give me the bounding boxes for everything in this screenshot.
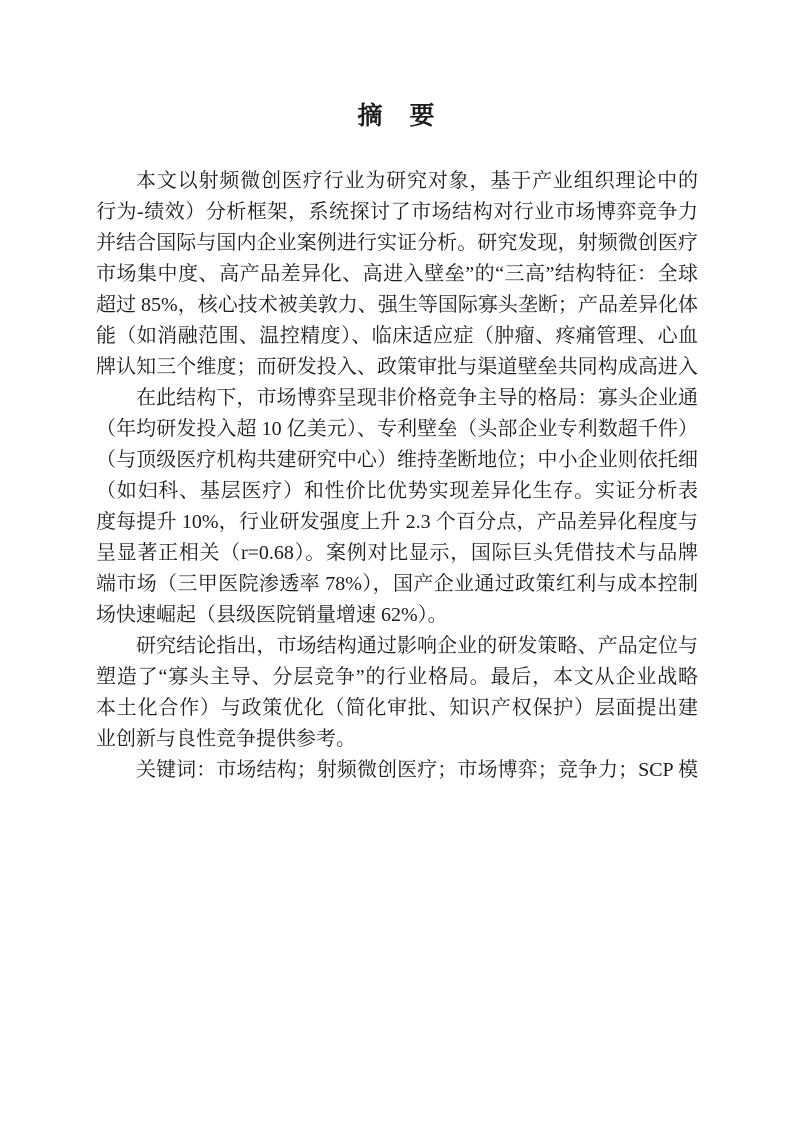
text-line: 超过 85%，核心技术被美敦力、强生等国际寡头垄断；产品差异化体现在技术性 [96,290,698,321]
text-line: 牌认知三个维度；而研发投入、政策审批与渠道壁垒共同构成高进入门槛。 [96,352,698,383]
text-line: 塑造了“寡头主导、分层竞争”的行业格局。最后，本文从企业战略（技术突破、 [96,662,698,693]
text-line: 研究结论指出，市场结构通过影响企业的研发策略、产品定位与并购行为， [96,631,698,662]
text-line: 在此结构下，市场博弈呈现非价格竞争主导的格局：寡头企业通过研发竞赛 [96,383,698,414]
text-line: 呈显著正相关（r=0.68）。案例对比显示，国际巨头凭借技术与品牌优势占据高 [96,538,698,569]
document-page: 摘 要 本文以射频微创医疗行业为研究对象，基于产业组织理论中的 SCP（结构-行… [0,0,793,1122]
text-line: 场快速崛起（县级医院销量增速 62%）。 [96,600,698,631]
text-line: 行为-绩效）分析框架，系统探讨了市场结构对行业市场博弈竞争力的影响机制， [96,197,698,228]
text-line: 端市场（三甲医院渗透率 78%），国产企业通过政策红利与成本控制在中低端市 [96,569,698,600]
text-line: （如妇科、基层医疗）和性价比优势实现差异化生存。实证分析表明，市场集中 [96,476,698,507]
paragraphs: 本文以射频微创医疗行业为研究对象，基于产业组织理论中的 SCP（结构-行为-绩效… [96,166,698,755]
page-title: 摘 要 [0,99,793,135]
text-line: 市场集中度、高产品差异化、高进入壁垒”的“三高”结构特征：全球市场 CR5 [96,259,698,290]
text-line: （与顶级医疗机构共建研究中心）维持垄断地位；中小企业则依托细分市场卡位 [96,445,698,476]
text-line: 并结合国际与国内企业案例进行实证分析。研究发现，射频微创医疗行业呈现“高 [96,228,698,259]
text-line: 本文以射频微创医疗行业为研究对象，基于产业组织理论中的 SCP（结构- [96,166,698,197]
text-line: 能（如消融范围、温控精度）、临床适应症（肿瘤、疼痛管理、心血管等）及品 [96,321,698,352]
text-line: 本土化合作）与政策优化（简化审批、知识产权保护）层面提出建议，为推动行 [96,693,698,724]
text-line: 度每提升 10%，行业研发强度上升 2.3 个百分点，产品差异化程度与企业毛利率 [96,507,698,538]
text-line: （年均研发投入超 10 亿美元）、专利壁垒（头部企业专利数超千件）及临床合作 [96,414,698,445]
text-line: 业创新与良性竞争提供参考。 [96,724,698,755]
abstract-body: 本文以射频微创医疗行业为研究对象，基于产业组织理论中的 SCP（结构-行为-绩效… [96,166,698,786]
keywords-line: 关键词：市场结构；射频微创医疗；市场博弈；竞争力；SCP 模型 [96,755,698,786]
